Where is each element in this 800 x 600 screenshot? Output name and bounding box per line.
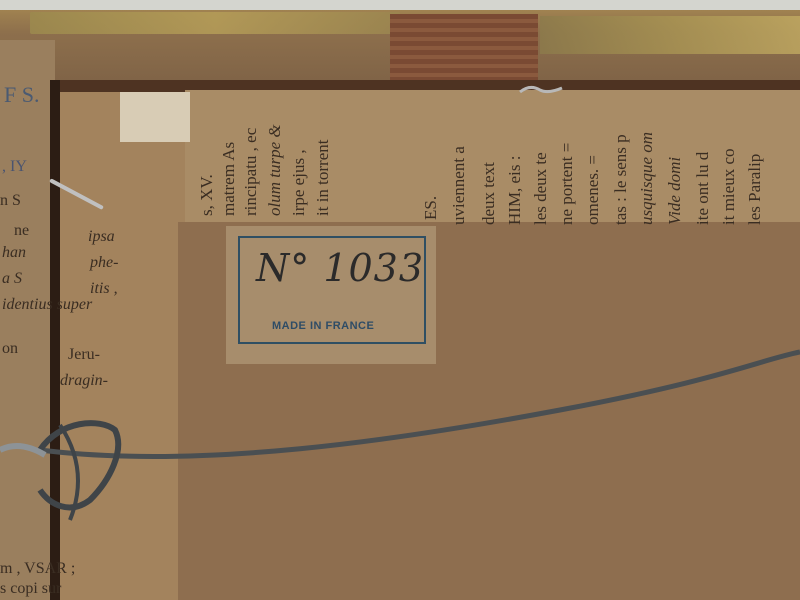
hanging-wire (0, 0, 800, 600)
